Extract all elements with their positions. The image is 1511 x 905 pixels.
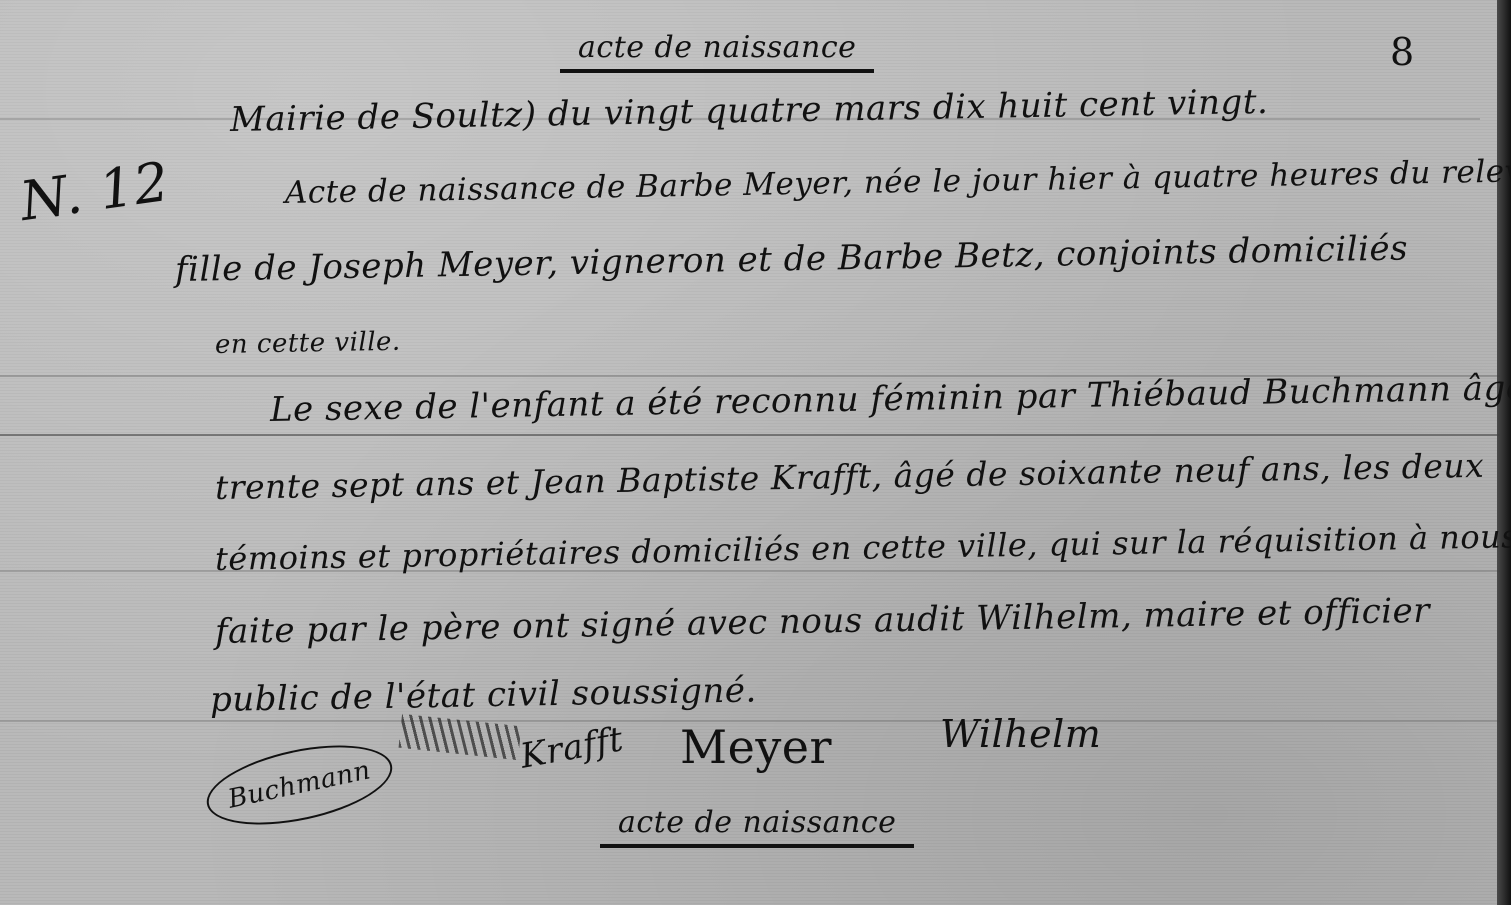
page-number: 8 [1390,30,1415,74]
entry-number: N. 12 [16,150,173,233]
record-line-1: Mairie de Soultz) du vingt quatre mars d… [230,82,1269,140]
record-line-9: public de l'état civil soussigné. [210,670,757,720]
next-entry-heading: acte de naissance [600,805,914,848]
entry-heading: acte de naissance [560,30,874,73]
page-edge-shadow [1497,0,1511,905]
signature-wilhelm: Wilhelm [940,712,1101,756]
scanned-register-page: acte de naissance 8 N. 12 Mairie de Soul… [0,0,1511,905]
signature-buchmann: Buchmann [200,731,399,839]
record-line-8: faite par le père ont signé avec nous au… [215,591,1431,652]
signature-meyer: Meyer [680,720,832,774]
ruled-line [0,434,1500,436]
record-line-7: témoins et propriétaires domiciliés en c… [215,517,1511,578]
signature-krafft: Krafft [517,719,626,776]
record-line-2: Acte de naissance de Barbe Meyer, née le… [285,153,1511,211]
record-line-3: fille de Joseph Meyer, vigneron et de Ba… [175,228,1409,290]
record-line-6: trente sept ans et Jean Baptiste Krafft,… [215,446,1485,507]
record-line-4: en cette ville. [215,327,401,360]
